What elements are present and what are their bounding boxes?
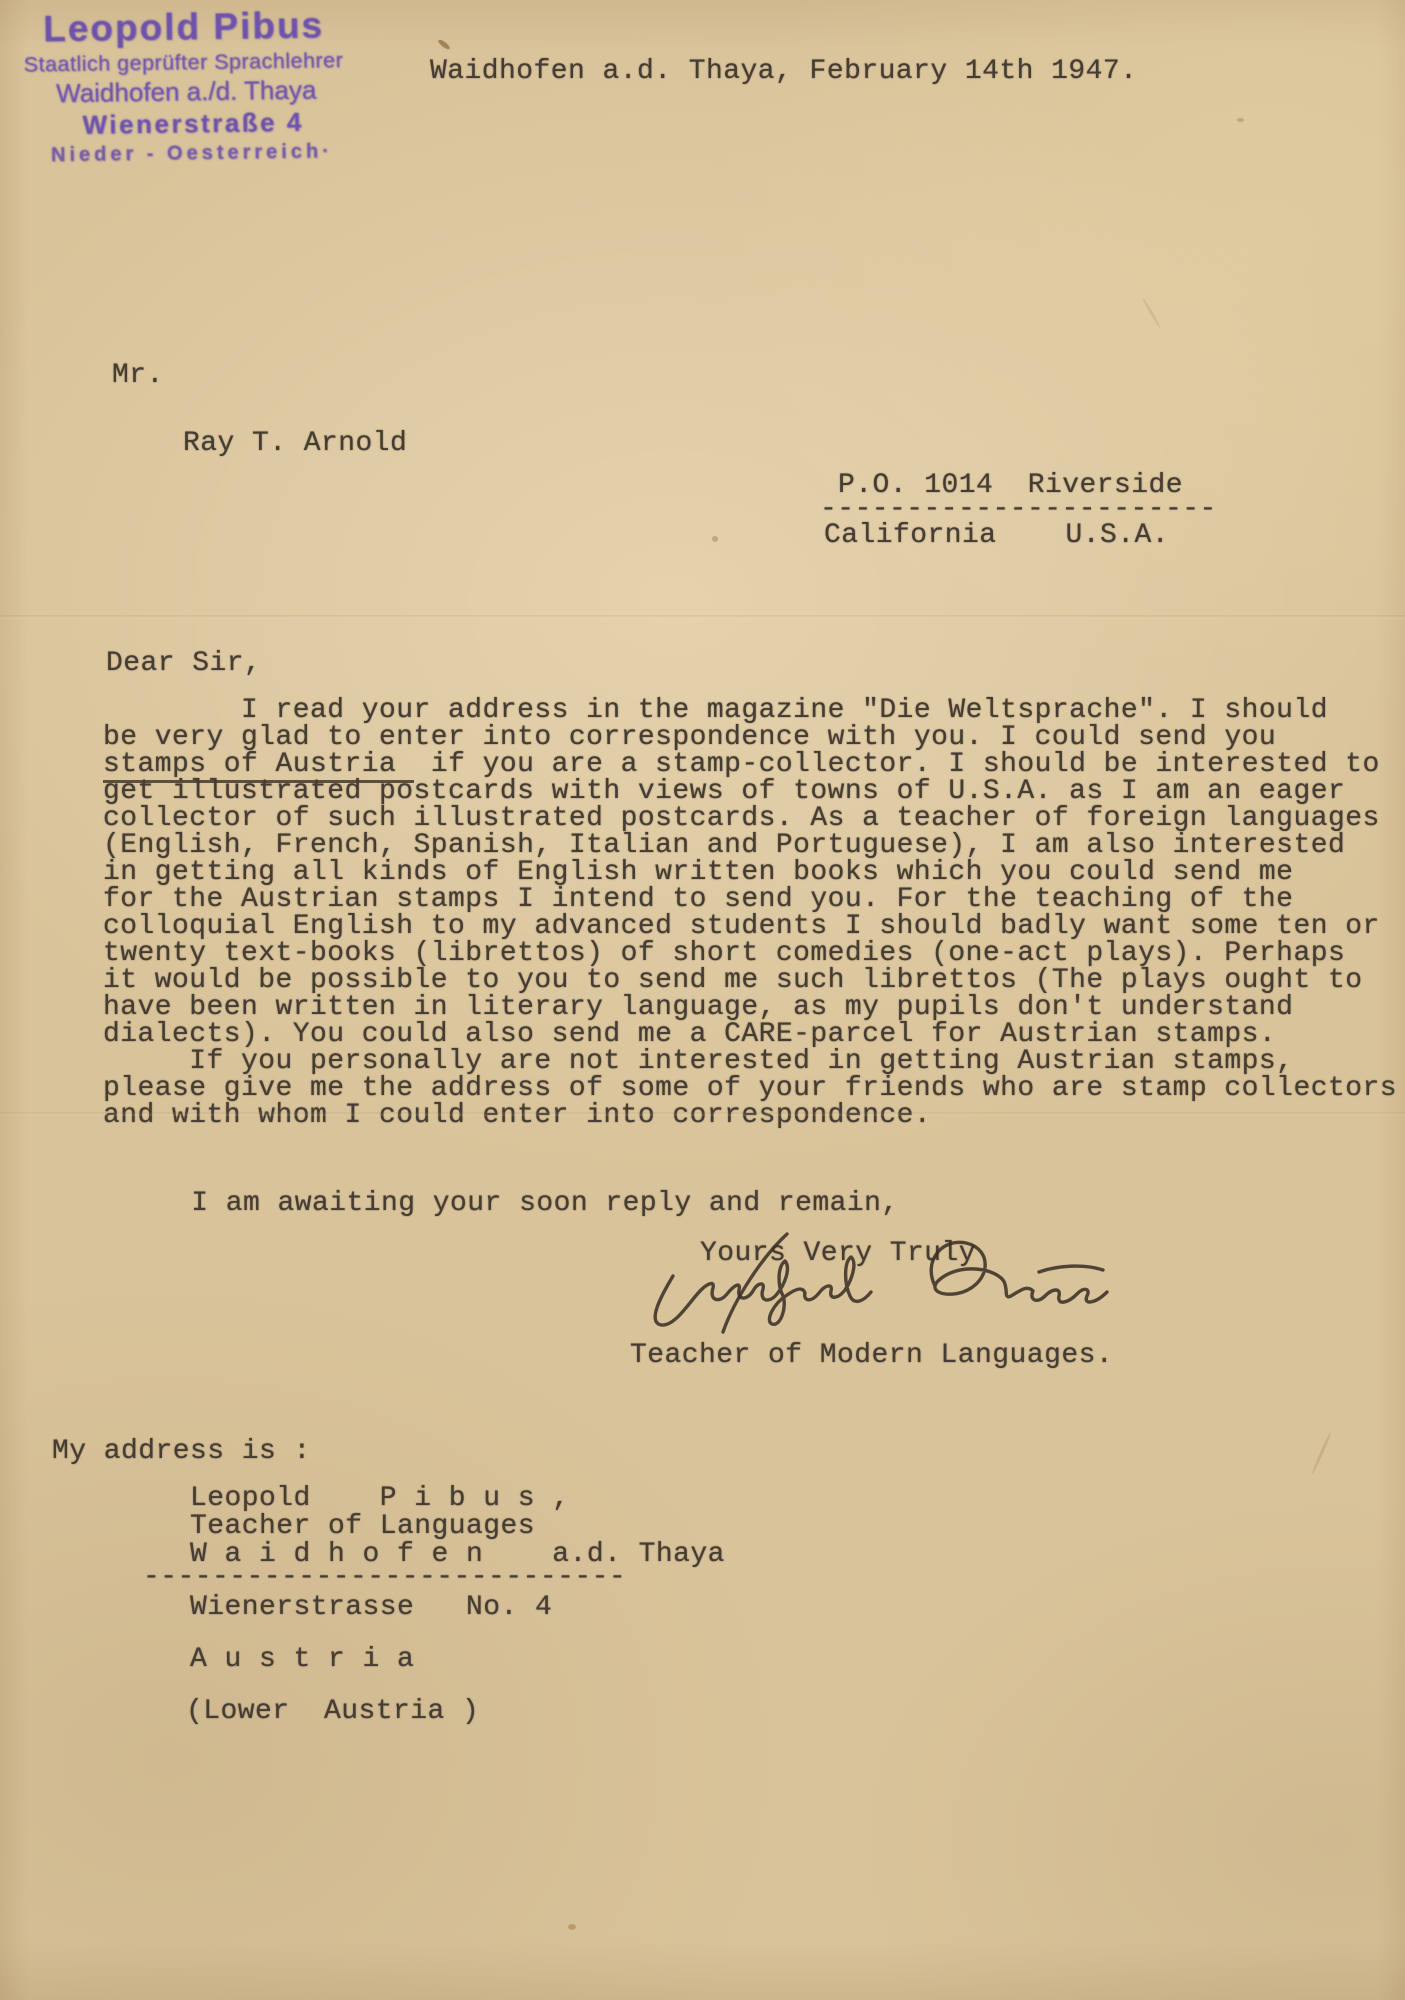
closing-line: I am awaiting your soon reply and remain… xyxy=(105,1190,899,1217)
body-line: collector of such illustrated postcards.… xyxy=(103,805,1397,832)
paper-speck xyxy=(568,1924,576,1930)
address-line: Leopold P i b u s , xyxy=(190,1485,725,1513)
po-underline: ----------------------- xyxy=(820,496,1217,523)
signature-handwriting xyxy=(635,1228,1135,1348)
body-line: dialects). You could also send me a CARE… xyxy=(103,1021,1397,1048)
body-line: for the Austrian stamps I intend to send… xyxy=(103,886,1397,913)
address-line: Teacher of Languages xyxy=(190,1513,725,1541)
body-line: get illustrated postcards with views of … xyxy=(103,778,1397,805)
body-line: If you personally are not interested in … xyxy=(103,1048,1397,1075)
paper-speck xyxy=(1237,118,1244,122)
stamp-sender-city: Waidhofen a./d. Thaya xyxy=(56,73,404,109)
body-line: and with whom I could enter into corresp… xyxy=(103,1102,1397,1129)
paper-speck xyxy=(437,38,451,51)
body-line: twenty text-books (librettos) of short c… xyxy=(103,940,1397,967)
dateline: Waidhofen a.d. Thaya, February 14th 1947… xyxy=(430,58,1137,85)
letter-page: Leopold Pibus Staatlich geprüfter Sprach… xyxy=(0,0,1405,2000)
signer-role: Teacher of Modern Languages. xyxy=(630,1342,1113,1369)
address-country-note: (Lower Austria ) xyxy=(186,1698,479,1725)
stamp-sender-name: Leopold Pibus xyxy=(43,3,404,50)
address-street: Wienerstrasse No. 4 xyxy=(190,1594,552,1621)
body-line: in getting all kinds of English written … xyxy=(103,859,1397,886)
body-line: be very glad to enter into correspondenc… xyxy=(103,724,1397,751)
recipient-name: Ray T. Arnold xyxy=(183,430,407,457)
paper-scratch xyxy=(1142,298,1162,329)
stamp-sender-title: Staatlich geprüfter Sprachlehrer xyxy=(24,47,404,77)
body-line: please give me the address of some of yo… xyxy=(103,1075,1397,1102)
recipient-region: California U.S.A. xyxy=(824,522,1169,549)
letter-body: I read your address in the magazine "Die… xyxy=(103,697,1397,1129)
paper-speck xyxy=(712,536,718,542)
body-line: stamps of Austria if you are a stamp-col… xyxy=(103,751,1397,778)
stamp-sender-region: Nieder - Oesterreich· xyxy=(51,139,405,167)
sender-stamp: Leopold Pibus Staatlich geprüfter Sprach… xyxy=(23,3,405,167)
stamp-sender-street: Wienerstraße 4 xyxy=(82,105,404,140)
address-divider: ---------------------------- xyxy=(143,1564,626,1591)
salutation: Dear Sir, xyxy=(106,650,261,677)
body-line: colloquial English to my advanced studen… xyxy=(103,913,1397,940)
recipient-prefix: Mr. xyxy=(112,362,164,389)
address-intro: My address is : xyxy=(52,1438,311,1465)
address-block: Leopold P i b u s ,Teacher of LanguagesW… xyxy=(190,1485,725,1569)
paper-scratch xyxy=(1311,1431,1332,1474)
body-line: it would be possible to you to send me s… xyxy=(103,967,1397,994)
paper-fold-crease xyxy=(0,615,1405,619)
body-line: have been written in literary language, … xyxy=(103,994,1397,1021)
body-line: I read your address in the magazine "Die… xyxy=(103,697,1397,724)
address-country: A u s t r i a xyxy=(190,1646,414,1673)
body-line: (English, French, Spanish, Italian and P… xyxy=(103,832,1397,859)
